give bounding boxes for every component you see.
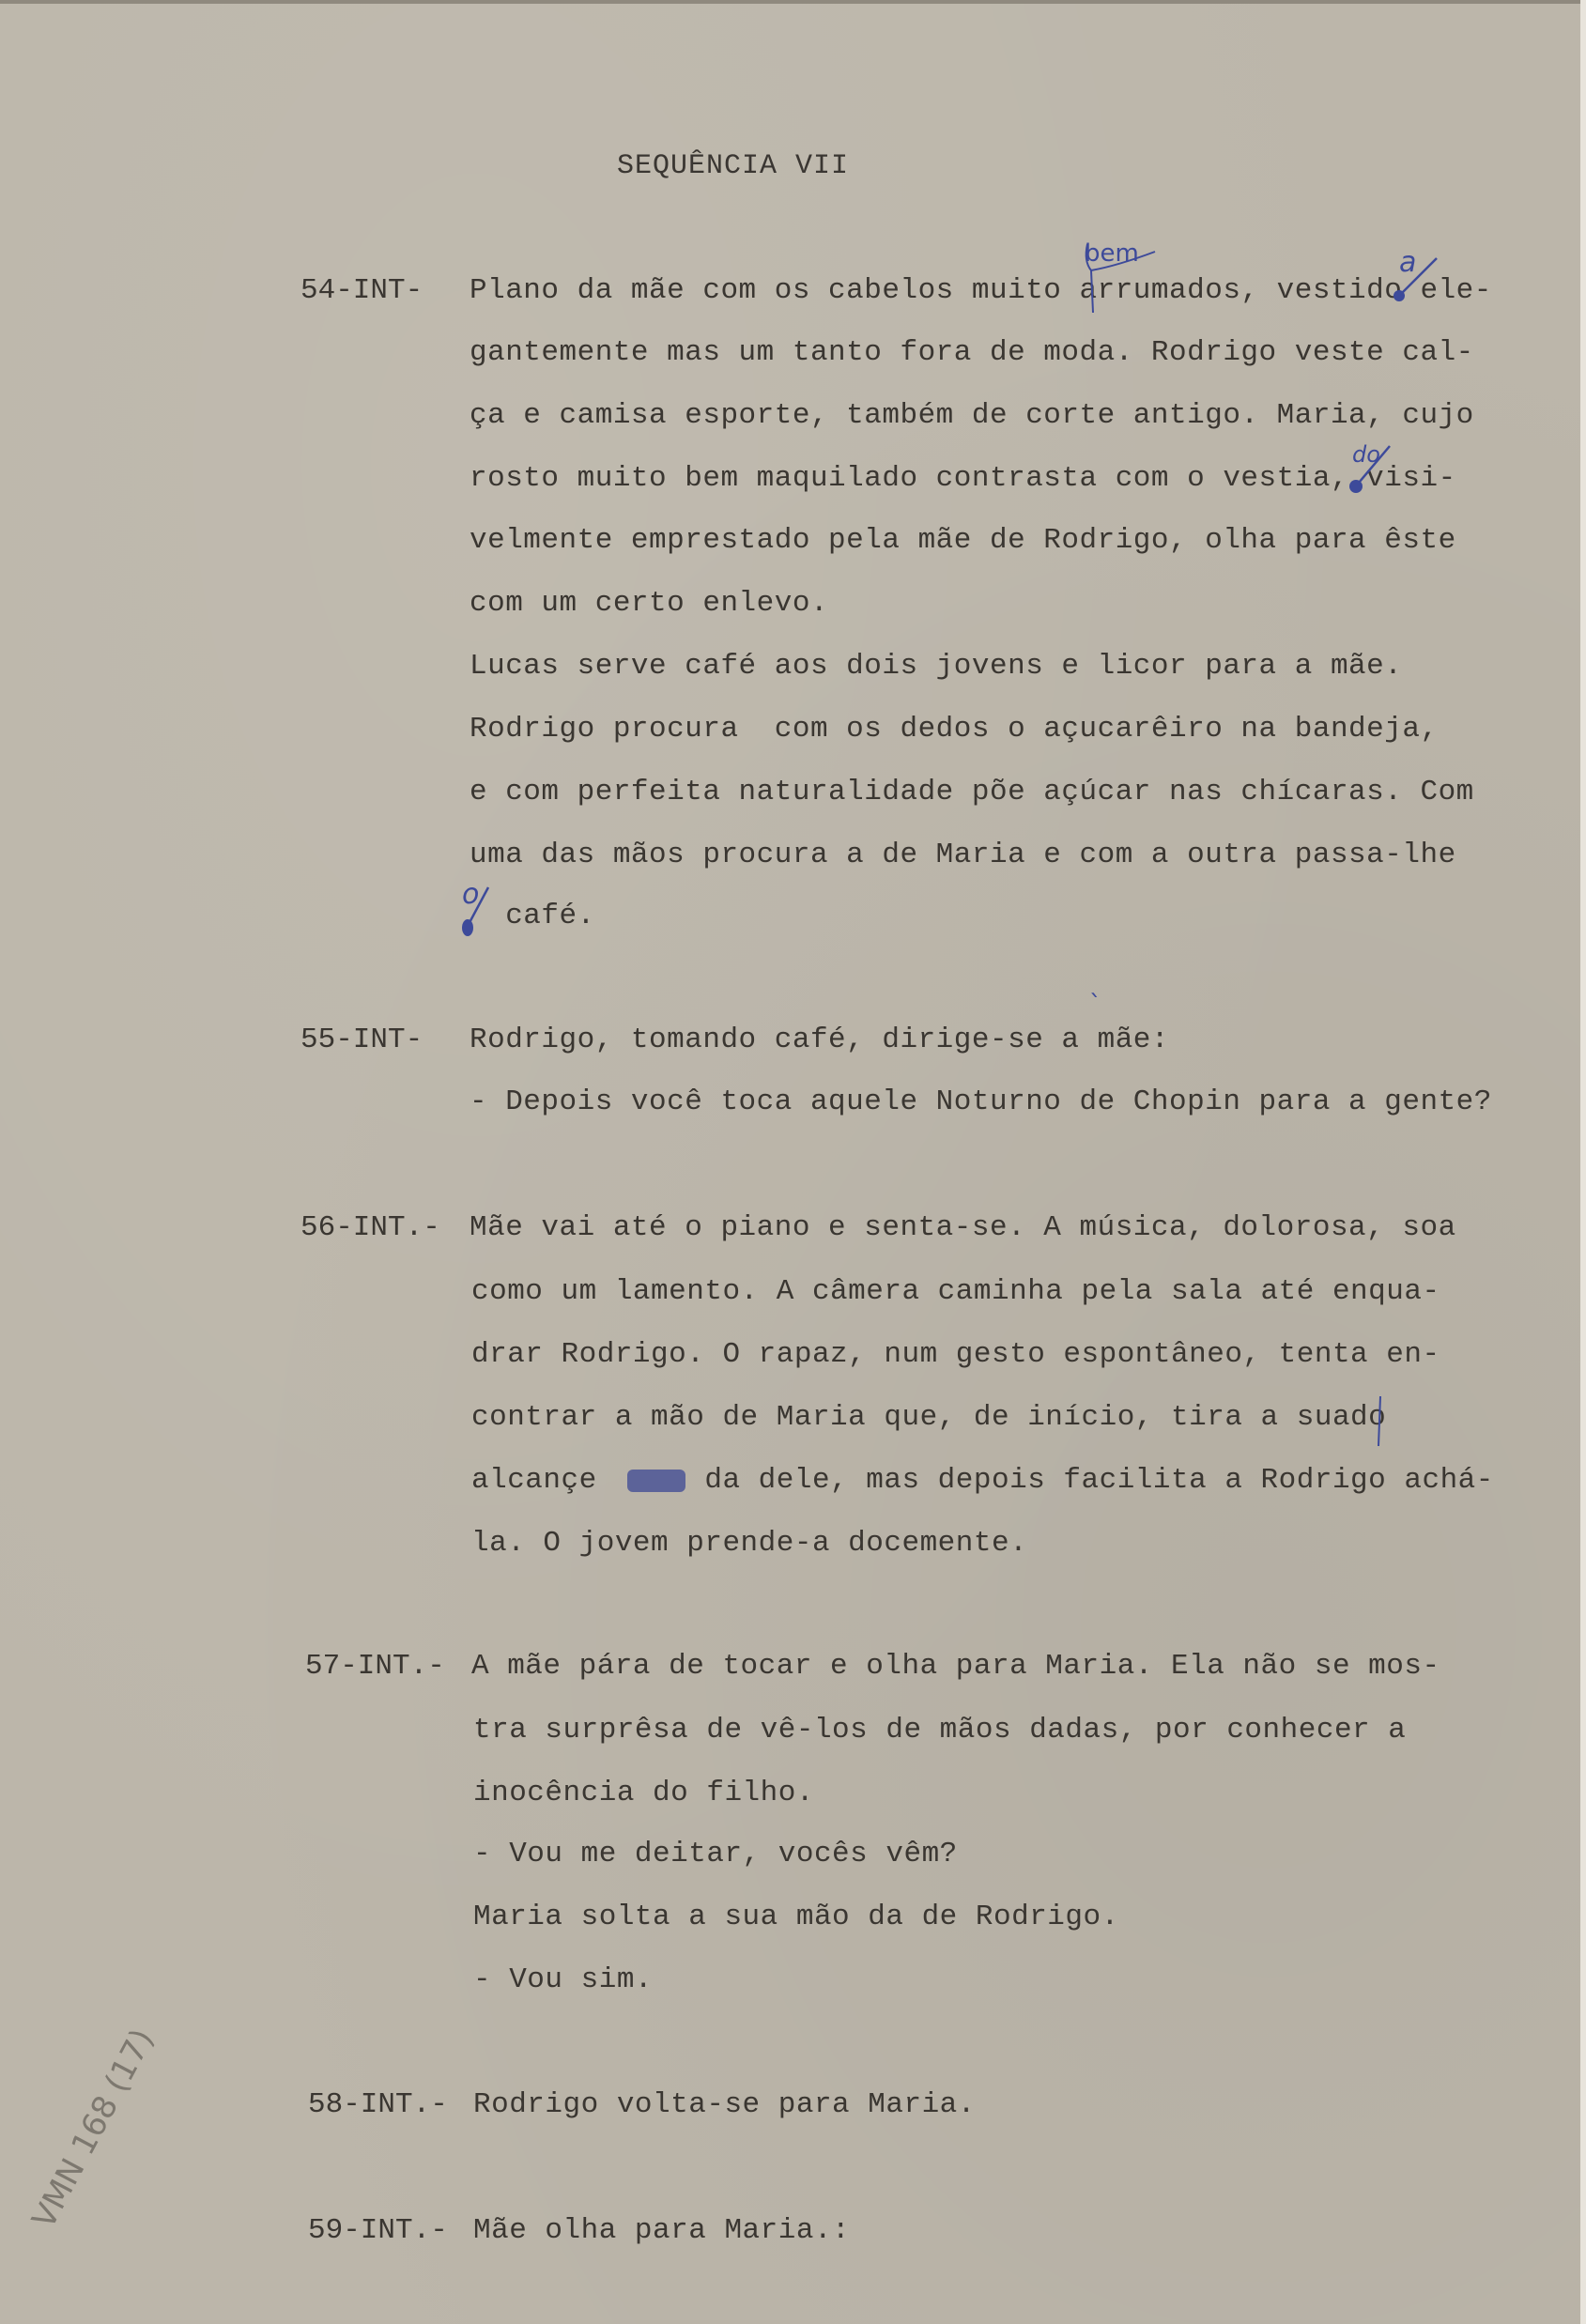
scene-56-line-5: alcançe da dele, mas depois facilita a R… [471,1464,1494,1497]
scene-56-line-6: la. O jovem prende-a docemente. [471,1527,1027,1560]
scene-54-line-4: rosto muito bem maquilado contrasta com … [470,462,1456,495]
scene-number-58: 58-INT.- [308,2088,448,2121]
scene-number-57: 57-INT.- [305,1650,445,1683]
scene-59-line-1: Mãe olha para Maria.: [473,2214,850,2247]
paper-right-edge [1580,0,1586,2324]
insertion-caret-mark [1080,242,1193,317]
scene-54-line-6: com um certo enlevo. [470,587,828,620]
scene-57-line-3: inocência do filho. [473,1777,814,1809]
scene-55-line-1: Rodrigo, tomando café, dirige-se a mãe: [470,1023,1169,1056]
scene-54-line-5: velmente emprestado pela mãe de Rodrigo,… [470,524,1456,557]
scene-number-55: 55-INT- [300,1023,423,1056]
word-separator-mark [1371,1394,1390,1451]
scene-number-56: 56-INT.- [300,1211,440,1244]
scene-57-line-6: - Vou sim. [473,1963,653,1996]
paper-top-edge [0,0,1586,4]
correction-slash-mark-2 [1345,441,1401,498]
correction-slash-mark-3 [460,883,498,939]
scene-54-line-1: Plano da mãe com os cabelos muito arruma… [470,274,1492,307]
scene-56-line-4: contrar a mão de Maria que, de início, t… [471,1401,1386,1434]
scene-56-line-1: Mãe vai até o piano e senta-se. A música… [470,1211,1456,1244]
scene-54-line-8: Rodrigo procura com os dedos o açucarêir… [470,713,1439,746]
handwritten-grave-accent: ` [1089,991,1101,1019]
scene-58-line-1: Rodrigo volta-se para Maria. [473,2088,976,2121]
correction-slash-mark [1390,254,1446,310]
scene-57-line-5: Maria solta a sua mão da de Rodrigo. [473,1901,1119,1933]
scene-54-line-9: e com perfeita naturalidade põe açúcar n… [470,776,1474,808]
scene-55-line-2: - Depois você toca aquele Noturno de Cho… [470,1085,1492,1118]
scene-57-line-4: - Vou me deitar, vocês vêm? [473,1838,958,1870]
scene-number-59: 59-INT.- [308,2214,448,2247]
scene-54-line-7: Lucas serve café aos dois jovens e licor… [470,650,1402,683]
scene-56-line-3: drar Rodrigo. O rapaz, num gesto espontâ… [471,1338,1440,1371]
struck-out-word [627,1470,685,1492]
scene-56-line-2: como um lamento. A câmera caminha pela s… [471,1275,1440,1308]
scene-54-line-3: ça e camisa esporte, também de corte ant… [470,399,1474,432]
sequence-title: SEQUÊNCIA VII [617,150,849,182]
scene-57-line-1: A mãe pára de tocar e olha para Maria. E… [471,1650,1440,1683]
scene-54-line-10: uma das mãos procura a de Maria e com a … [470,839,1456,871]
scene-54-line-2: gantemente mas um tanto fora de moda. Ro… [470,336,1474,369]
scene-number-54: 54-INT- [300,274,423,307]
scene-57-line-2: tra surprêsa de vê-los de mãos dadas, po… [473,1714,1406,1747]
